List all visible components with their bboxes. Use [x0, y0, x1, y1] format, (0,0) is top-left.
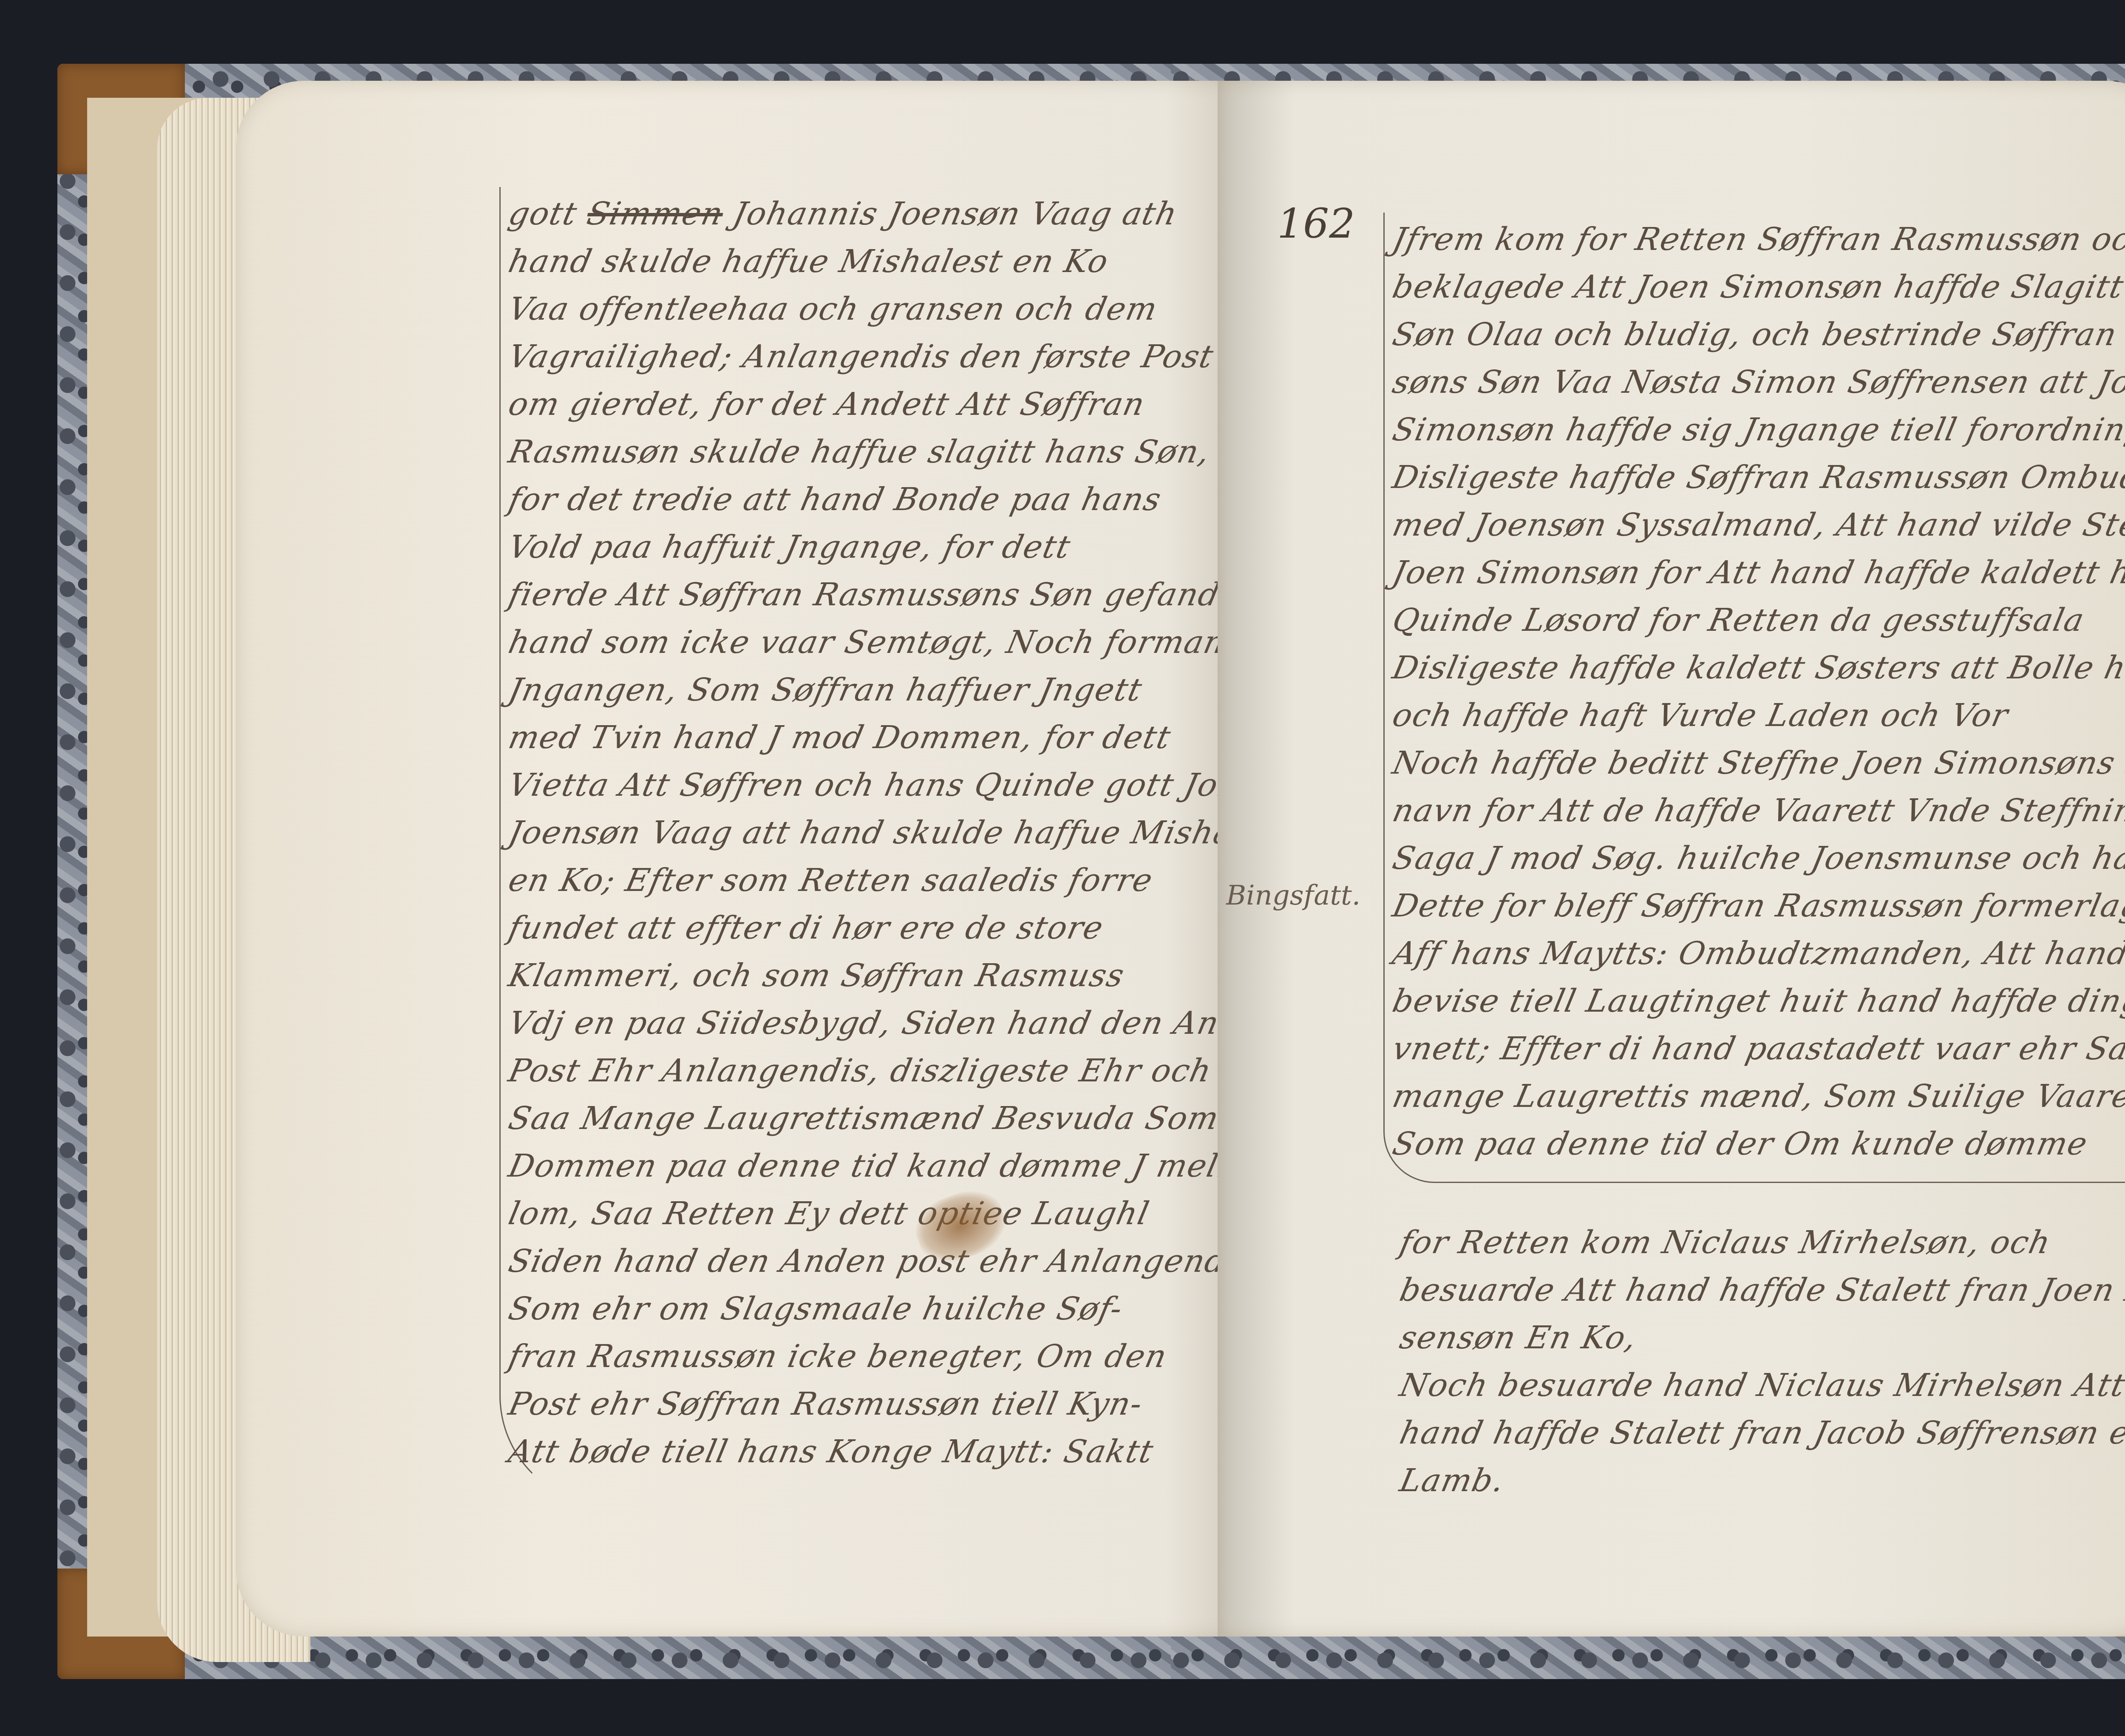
left-text-frame: gott Simmen Johannis Joensøn Vaag athhan… — [499, 187, 1266, 1506]
manuscript-line: gott Simmen Johannis Joensøn Vaag ath — [505, 196, 1181, 232]
manuscript-line: Disligeste haffde kaldett Søsters att Bo… — [1389, 650, 2125, 686]
manuscript-line: bevise tiell Laugtinget huit hand haffde… — [1389, 983, 2125, 1019]
manuscript-line: Jfrem kom for Retten Søffran Rasmussøn o… — [1389, 221, 2125, 258]
manuscript-line: besuarde Att hand haffde Stalett fran Jo… — [1397, 1272, 2125, 1308]
manuscript-line: Siden hand den Anden post ehr Anlangendi… — [505, 1243, 1258, 1279]
manuscript-line: Post Ehr Anlangendis, diszligeste Ehr oc… — [505, 1052, 1215, 1089]
manuscript-line: fierde Att Søffran Rasmussøns Søn gefand… — [505, 576, 1264, 613]
manuscript-line: Quinde Løsord for Retten da gesstuffsala — [1389, 602, 2088, 638]
manuscript-line: Dette for bleff Søffran Rasmussøn former… — [1389, 888, 2125, 924]
manuscript-line: beklagede Att Joen Simonsøn haffde Slagi… — [1389, 269, 2125, 305]
manuscript-line: navn for Att de haffde Vaarett Vnde Stef… — [1389, 792, 2125, 829]
manuscript-line: for det tredie att hand Bonde paa hans — [505, 481, 1165, 518]
manuscript-line: søns Søn Vaa Nøsta Simon Søffrensen att … — [1389, 364, 2125, 400]
manuscript-line: Simonsøn haffde sig Jngange tiell forord… — [1389, 411, 2125, 448]
manuscript-line: Saga J mod Søg. huilche Joensmunse och h… — [1389, 840, 2125, 877]
manuscript-line: fundet att effter di hør ere de store — [505, 910, 1107, 946]
manuscript-line: Som ehr om Slagsmaale huilche Søf- — [505, 1291, 1126, 1327]
page-number: 162 — [1277, 200, 1355, 247]
manuscript-line: med Joensøn Syssalmand, Att hand vilde S… — [1389, 507, 2125, 543]
margin-note: Bingsfatt. — [1226, 880, 1360, 911]
manuscript-line: Aff hans Maytts: Ombudtzmanden, Att hand… — [1389, 935, 2125, 972]
manuscript-line: Att bøde tiell hans Konge Maytt: Saktt — [505, 1433, 1157, 1470]
manuscript-line: Som paa denne tid der Om kunde dømme — [1389, 1126, 2091, 1162]
manuscript-line: Vaa offentleehaa och gransen och dem — [505, 291, 1161, 327]
manuscript-line: en Ko; Efter som Retten saaledis forre — [505, 862, 1156, 899]
manuscript-line: med Tvin hand J mod Dommen, for dett — [505, 719, 1174, 756]
manuscript-line: mange Laugrettis mænd, Som Suilige Vaare — [1389, 1078, 2125, 1115]
manuscript-line: lom, Saa Retten Ey dett optiee Laughl — [505, 1195, 1153, 1232]
manuscript-line: Klammeri, och som Søffran Rasmuss — [505, 957, 1128, 994]
manuscript-line: Saa Mange Laugrettismænd Besvuda Som — [505, 1100, 1223, 1137]
manuscript-line: Joen Simonsøn for Att hand haffde kaldet… — [1389, 554, 2125, 591]
manuscript-line: Rasmusøn skulde haffue slagitt hans Søn, — [505, 434, 1214, 470]
manuscript-line: hand som icke vaar Semtøgt, Noch formang… — [505, 624, 1269, 661]
open-book: gott Simmen Johannis Joensøn Vaag athhan… — [57, 64, 2125, 1679]
manuscript-line: Jngangen, Som Søffran haffuer Jngett — [505, 672, 1146, 708]
manuscript-line: Joensøn Vaag att hand skulde haffue Mish… — [505, 814, 1298, 851]
manuscript-line: for Retten kom Niclaus Mirhelsøn, och — [1397, 1224, 2054, 1261]
manuscript-line: om gierdet, for det Andett Att Søffran — [505, 386, 1149, 423]
manuscript-line: och haffde haft Vurde Laden och Vor — [1389, 697, 2012, 734]
manuscript-line: hand skulde haffue Mishalest en Ko — [505, 243, 1112, 280]
manuscript-line: Lamb. — [1397, 1462, 1508, 1499]
manuscript-line: fran Rasmussøn icke benegter, Om den — [505, 1338, 1171, 1375]
right-text-frame: Jfrem kom for Retten Søffran Rasmussøn o… — [1383, 213, 2125, 1183]
manuscript-line: Disligeste haffde Søffran Rasmussøn Ombu… — [1389, 459, 2125, 496]
struck-word: Simmen — [584, 196, 727, 232]
manuscript-line: Post ehr Søffran Rasmussøn tiell Kyn- — [505, 1386, 1146, 1422]
left-page: gott Simmen Johannis Joensøn Vaag athhan… — [236, 81, 1269, 1637]
manuscript-line: hand haffde Stalett fran Jacob Søffrensø… — [1397, 1415, 2125, 1451]
right-lower-text: for Retten kom Niclaus Mirhelsøn, ochbes… — [1400, 1224, 2125, 1522]
manuscript-line: Vagrailighed; Anlangendis den første Pos… — [505, 338, 1217, 375]
manuscript-line: Noch haffde beditt Steffne Joen Simonsøn… — [1389, 745, 2125, 781]
manuscript-line: sensøn En Ko, — [1397, 1319, 1640, 1356]
manuscript-line: Dommen paa denne tid kand dømme J mell- — [505, 1148, 1244, 1184]
manuscript-line: Vold paa haffuit Jngange, for dett — [505, 529, 1074, 565]
manuscript-line: vnett; Effter di hand paastadett vaar eh… — [1389, 1030, 2125, 1067]
manuscript-line: Søn Olaa och bludig, och bestrinde Søffr… — [1389, 316, 2125, 353]
manuscript-line: Vietta Att Søffren och hans Quinde gott … — [505, 767, 1323, 803]
manuscript-line: Noch besuarde hand Niclaus Mirhelsøn Att — [1397, 1367, 2125, 1404]
right-page: 162 Bingsfatt. Jfrem kom for Retten Søff… — [1218, 81, 2125, 1637]
manuscript-line: Vdj en paa Siidesbygd, Siden hand den An… — [505, 1005, 1284, 1041]
